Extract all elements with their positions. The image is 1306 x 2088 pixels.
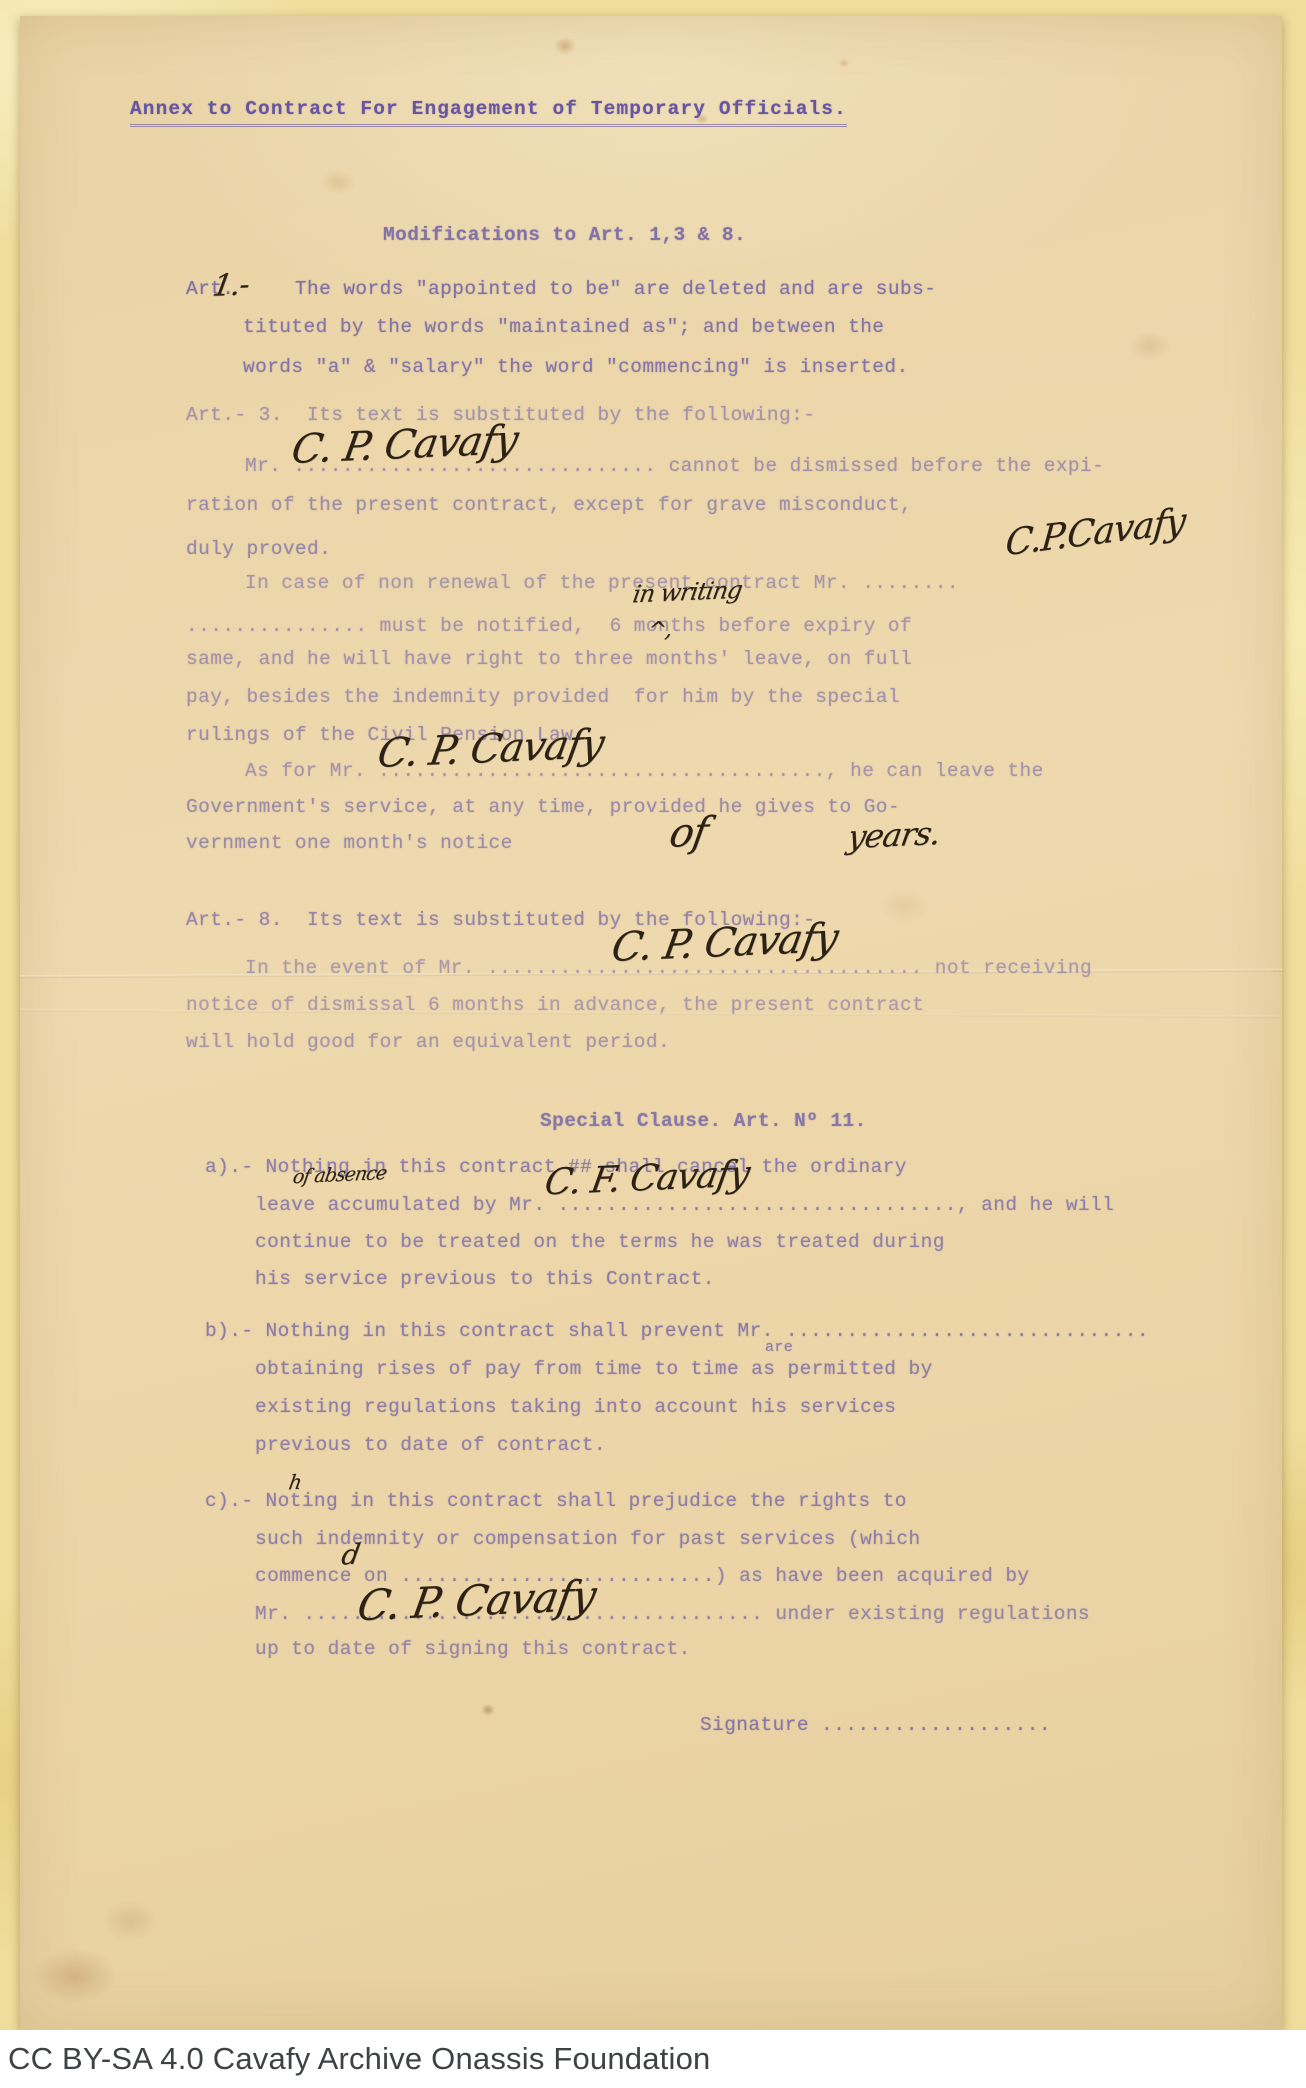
typed-line-art3-p2-2: ............... must be notified, 6 mont… (186, 615, 912, 637)
handwritten-of-absence: of absence (291, 1162, 388, 1188)
typed-line-art3-p2-1: In case of non renewal of the present co… (245, 572, 959, 594)
document-title: Annex to Contract For Engagement of Temp… (130, 98, 847, 127)
typed-insert-are: are (765, 1339, 793, 1356)
handwritten-years: years. (845, 814, 943, 856)
typed-line-clause-b-4: previous to date of contract. (255, 1434, 606, 1456)
typed-line-art3-p1-3: duly proved. (186, 538, 331, 560)
license-caption-text: CC BY-SA 4.0 Cavafy Archive Onassis Foun… (0, 2041, 710, 2077)
typed-line-clause-b-3: existing regulations taking into account… (255, 1396, 896, 1418)
typed-line-art3-p1-2: ration of the present contract, except f… (186, 494, 912, 516)
section-heading-modifications: Modifications to Art. 1,3 & 8. (383, 224, 746, 246)
section-heading-special-clause: Special Clause. Art. Nº 11. (540, 1110, 867, 1132)
typed-line-art3-p3-3: vernment one month's notice (186, 832, 513, 854)
typed-line-art8-p1-2: notice of dismissal 6 months in advance,… (186, 994, 924, 1016)
typed-line-art1-1: Art. The words "appointed to be" are del… (186, 278, 936, 300)
handwritten-in-writing: in writing (631, 576, 744, 609)
typed-line-clause-c-5: up to date of signing this contract. (255, 1638, 691, 1660)
typed-line-art3-p3-1: As for Mr. .............................… (245, 760, 1044, 782)
typed-line-clause-c-1: c).- Noting in this contract shall preju… (205, 1490, 907, 1512)
typed-line-art3-p2-4: pay, besides the indemnity provided for … (186, 686, 900, 708)
scanned-document-view: Annex to Contract For Engagement of Temp… (0, 0, 1306, 2088)
handwritten-caret: ^, (646, 617, 674, 643)
typed-line-art8-p1-3: will hold good for an equivalent period. (186, 1031, 670, 1053)
typed-line-clause-b-1: b).- Nothing in this contract shall prev… (205, 1320, 1149, 1342)
license-caption-bar: CC BY-SA 4.0 Cavafy Archive Onassis Foun… (0, 2030, 1306, 2088)
typed-line-clause-a-4: his service previous to this Contract. (255, 1268, 715, 1290)
handwritten-art-number: 1.- (210, 267, 252, 304)
typed-line-signature: Signature ................... (700, 1714, 1051, 1736)
typed-line-clause-b-2: obtaining rises of pay from time to time… (255, 1358, 933, 1380)
typed-line-art3-p2-3: same, and he will have right to three mo… (186, 648, 912, 670)
typed-line-art1-2: tituted by the words "maintained as"; an… (243, 316, 884, 338)
typed-line-clause-a-3: continue to be treated on the terms he w… (255, 1231, 945, 1253)
typed-line-art3-p3-2: Government's service, at any time, provi… (186, 796, 900, 818)
typed-line-art1-3: words "a" & "salary" the word "commencin… (243, 356, 909, 378)
